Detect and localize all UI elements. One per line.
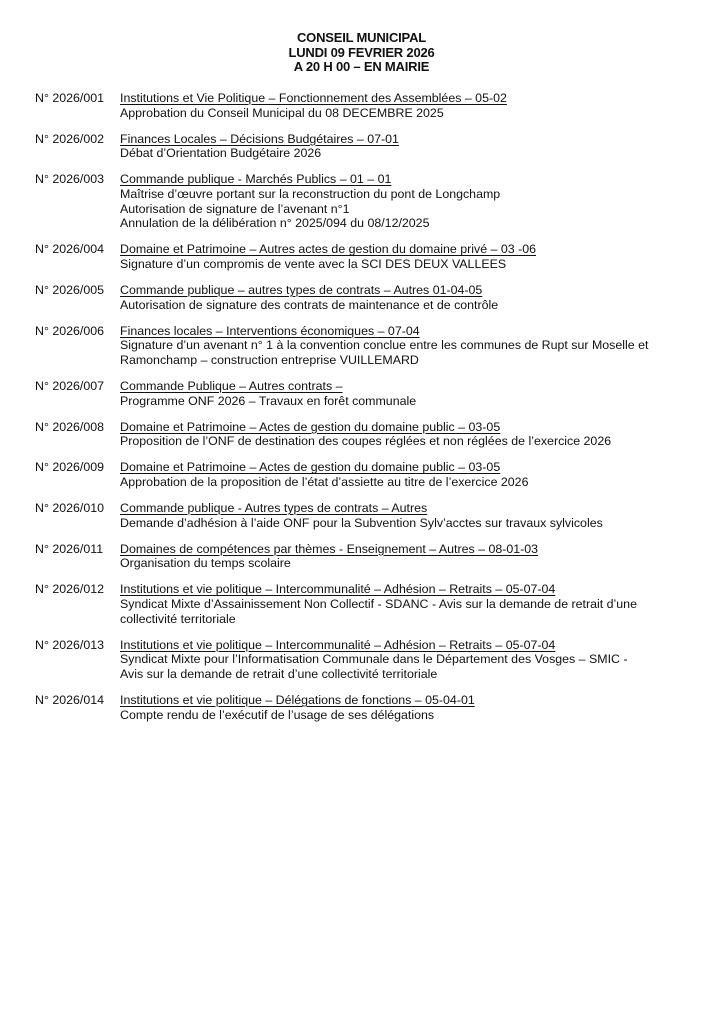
item-title: Finances Locales – Décisions Budgétaires… (120, 132, 715, 147)
item-body: Commande publique – autres types de cont… (120, 283, 715, 312)
item-title: Institutions et vie politique – Intercom… (120, 638, 715, 653)
agenda-item: N° 2026/013Institutions et vie politique… (35, 638, 715, 682)
item-title: Institutions et vie politique – Intercom… (120, 582, 715, 597)
agenda-item: N° 2026/001Institutions et Vie Politique… (35, 91, 715, 120)
item-description-line: Ramonchamp – construction entreprise VUI… (120, 353, 715, 368)
item-number: N° 2026/004 (35, 242, 121, 257)
agenda-item: N° 2026/007Commande Publique – Autres co… (35, 379, 715, 408)
item-number: N° 2026/013 (35, 638, 121, 653)
item-body: Domaine et Patrimoine – Actes de gestion… (120, 420, 715, 449)
item-description-line: Organisation du temps scolaire (120, 556, 715, 571)
item-description-line: Syndicat Mixte d’Assainissement Non Coll… (120, 597, 715, 612)
item-body: Institutions et vie politique – Intercom… (120, 638, 715, 682)
item-description-line: Signature d’un avenant n° 1 à la convent… (120, 338, 715, 353)
agenda-item: N° 2026/010Commande publique - Autres ty… (35, 501, 715, 530)
agenda-list: N° 2026/001Institutions et Vie Politique… (35, 91, 715, 734)
item-description-line: Programme ONF 2026 – Travaux en forêt co… (120, 394, 715, 409)
agenda-item: N° 2026/012Institutions et vie politique… (35, 582, 715, 626)
item-description-line: Avis sur la demande de retrait d’une col… (120, 667, 715, 682)
agenda-item: N° 2026/005Commande publique – autres ty… (35, 283, 715, 312)
item-description-line: Compte rendu de l’exécutif de l’usage de… (120, 708, 715, 723)
item-body: Finances locales – Interventions économi… (120, 324, 715, 368)
item-number: N° 2026/007 (35, 379, 121, 394)
item-body: Finances Locales – Décisions Budgétaires… (120, 132, 715, 161)
item-description-line: Demande d’adhésion à l’aide ONF pour la … (120, 516, 715, 531)
item-description-line: Autorisation de signature de l’avenant n… (120, 202, 715, 217)
item-body: Domaine et Patrimoine – Actes de gestion… (120, 460, 715, 489)
item-number: N° 2026/001 (35, 91, 121, 106)
item-number: N° 2026/012 (35, 582, 121, 597)
item-title: Domaine et Patrimoine – Actes de gestion… (120, 460, 715, 475)
item-description-line: collectivité territoriale (120, 612, 715, 627)
item-title: Commande publique - Marchés Publics – 01… (120, 172, 715, 187)
item-number: N° 2026/008 (35, 420, 121, 435)
item-body: Institutions et vie politique – Intercom… (120, 582, 715, 626)
item-description-line: Maîtrise d’œuvre portant sur la reconstr… (120, 187, 715, 202)
item-number: N° 2026/006 (35, 324, 121, 339)
item-description-line: Autorisation de signature des contrats d… (120, 298, 715, 313)
item-description-line: Annulation de la délibération n° 2025/09… (120, 216, 715, 231)
item-title: Commande Publique – Autres contrats – (120, 379, 715, 394)
item-title: Domaine et Patrimoine – Actes de gestion… (120, 420, 715, 435)
item-title: Institutions et vie politique – Délégati… (120, 693, 715, 708)
agenda-item: N° 2026/008Domaine et Patrimoine – Actes… (35, 420, 715, 449)
item-title: Commande publique - Autres types de cont… (120, 501, 715, 516)
item-number: N° 2026/009 (35, 460, 121, 475)
item-body: Commande publique - Marchés Publics – 01… (120, 172, 715, 230)
agenda-item: N° 2026/014Institutions et vie politique… (35, 693, 715, 722)
item-title: Finances locales – Interventions économi… (120, 324, 715, 339)
agenda-item: N° 2026/011Domaines de compétences par t… (35, 542, 715, 571)
item-description-line: Approbation de la proposition de l’état … (120, 475, 715, 490)
item-number: N° 2026/003 (35, 172, 121, 187)
item-body: Institutions et Vie Politique – Fonction… (120, 91, 715, 120)
item-title: Commande publique – autres types de cont… (120, 283, 715, 298)
item-number: N° 2026/010 (35, 501, 121, 516)
item-body: Domaine et Patrimoine – Autres actes de … (120, 242, 715, 271)
header-date: LUNDI 09 FEVRIER 2026 (0, 46, 723, 61)
item-description-line: Débat d’Orientation Budgétaire 2026 (120, 146, 715, 161)
item-title: Domaine et Patrimoine – Autres actes de … (120, 242, 715, 257)
agenda-item: N° 2026/009Domaine et Patrimoine – Actes… (35, 460, 715, 489)
agenda-item: N° 2026/006Finances locales – Interventi… (35, 324, 715, 368)
item-description-line: Signature d’un compromis de vente avec l… (120, 257, 715, 272)
agenda-item: N° 2026/004Domaine et Patrimoine – Autre… (35, 242, 715, 271)
agenda-item: N° 2026/002Finances Locales – Décisions … (35, 132, 715, 161)
item-number: N° 2026/005 (35, 283, 121, 298)
item-description-line: Approbation du Conseil Municipal du 08 D… (120, 106, 715, 121)
item-description-line: Syndicat Mixte pour l’Informatisation Co… (120, 652, 715, 667)
header-title: CONSEIL MUNICIPAL (0, 31, 723, 46)
item-body: Commande Publique – Autres contrats –Pro… (120, 379, 715, 408)
item-number: N° 2026/014 (35, 693, 121, 708)
item-description-line: Proposition de l’ONF de destination des … (120, 434, 715, 449)
item-number: N° 2026/002 (35, 132, 121, 147)
item-title: Domaines de compétences par thèmes - Ens… (120, 542, 715, 557)
item-body: Commande publique - Autres types de cont… (120, 501, 715, 530)
agenda-item: N° 2026/003Commande publique - Marchés P… (35, 172, 715, 230)
item-title: Institutions et Vie Politique – Fonction… (120, 91, 715, 106)
header-time-place: A 20 H 00 – EN MAIRIE (0, 60, 723, 75)
document-header: CONSEIL MUNICIPAL LUNDI 09 FEVRIER 2026 … (0, 31, 723, 75)
item-number: N° 2026/011 (35, 542, 121, 557)
item-body: Institutions et vie politique – Délégati… (120, 693, 715, 722)
item-body: Domaines de compétences par thèmes - Ens… (120, 542, 715, 571)
